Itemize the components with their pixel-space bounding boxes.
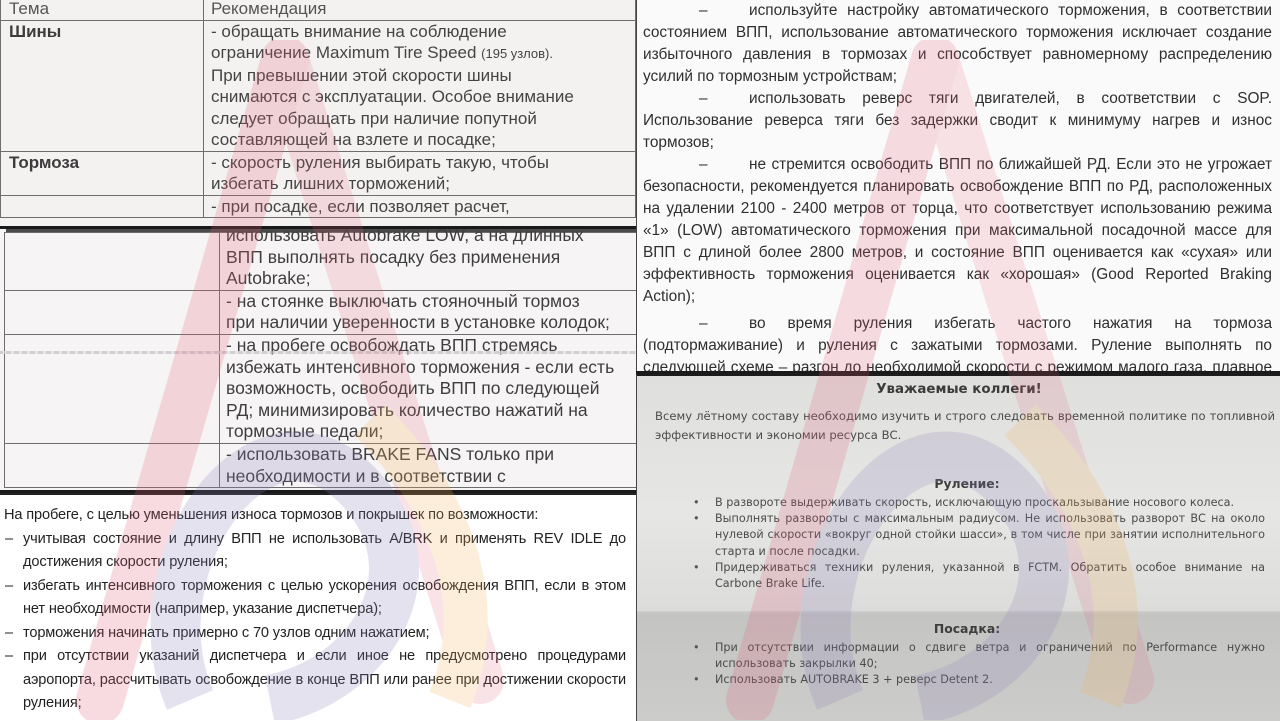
topic-empty [5,443,220,487]
text-fragment: ограничение Maximum Tire Speed [211,43,476,62]
text-line: составляющей на взлете и посадке; [211,129,629,151]
section-heading-landing: Посадка: [645,621,1280,636]
text-line: При превышении этой скорости шины [211,65,629,87]
text-line: - обращать внимание на соблюдение [211,21,629,43]
memo-screen-photo: Уважаемые коллеги! Всему лётному составу… [636,373,1280,721]
topic-tires: Шины [9,22,61,41]
rollout-intro: На пробеге, с целью уменьшения износа то… [4,504,626,528]
landing-list: При отсутствии информации о сдвиге ветра… [693,640,1265,689]
topic-empty [5,290,220,334]
list-item: Придерживаться техники руления, указанно… [693,560,1265,592]
recommendations-table-continued: использовать Autobrake LOW, а на длинных… [4,232,636,488]
text-line: ограничение Maximum Tire Speed (195 узло… [211,42,629,65]
table-row: использовать Autobrake LOW, а на длинных… [5,233,637,291]
recommendation-cell: - обращать внимание на соблюдение ограни… [204,20,636,151]
dash-marker: – [643,154,749,176]
header-topic: Тема [1,0,204,20]
braking-guidance: –используйте настройку автоматического т… [636,0,1280,371]
topic-empty [5,233,220,291]
brake-tire-table-continued: использовать Autobrake LOW, а на длинных… [0,229,636,490]
recommendation-cell: - использовать BRAKE FANS только при нео… [220,443,637,487]
list-item: учитывая состояние и длину ВПП не исполь… [4,528,626,575]
dash-marker: – [643,0,749,22]
text-line: РД; минимизировать количество нажатий на [226,400,636,422]
table-row: - на стоянке выключать стояночный тормоз… [5,290,637,334]
guidance-paragraph: –во время руления избегать частого нажат… [643,313,1272,371]
list-item: торможения начинать примерно с 70 узлов … [4,622,626,646]
text-line: следует обращать при наличие попутной [211,108,629,130]
topic-empty [1,195,204,218]
guidance-paragraph: –использовать реверс тяги двигателей, в … [643,88,1272,154]
section-heading-taxi: Руление: [645,476,1280,491]
scan-artifact [0,351,636,354]
text-line: при наличии уверенности в установке коло… [226,312,636,334]
speed-note: (195 узлов). [481,46,553,61]
recommendation-cell: - скорость руления выбирать такую, чтобы… [204,151,636,195]
table-row: - использовать BRAKE FANS только при нео… [5,443,637,487]
table-row: - при посадке, если позволяет расчет, [1,195,636,218]
list-item: При отсутствии информации о сдвиге ветра… [693,640,1265,672]
list-item: избегать интенсивного торможения с целью… [4,575,626,622]
text-line: использовать Autobrake LOW, а на длинных [226,229,636,247]
guidance-paragraph: –не стремится освободить ВПП по ближайше… [643,154,1272,308]
text-line: избегать лишних торможений; [211,173,629,195]
list-item: В развороте выдерживать скорость, исключ… [693,495,1265,511]
text-line: необходимости и в соответствии с [226,466,636,488]
recommendations-table: Тема Рекомендация Шины - обращать вниман… [0,0,636,218]
brake-tire-table-top: Тема Рекомендация Шины - обращать вниман… [0,0,636,226]
recommendation-cell: - при посадке, если позволяет расчет, [204,195,636,218]
rollout-list: учитывая состояние и длину ВПП не исполь… [4,528,626,716]
list-item: Использовать AUTOBRAKE 3 + реверс Detent… [693,672,1265,688]
memo-intro: Всему лётному составу необходимо изучить… [655,407,1275,445]
text-line: избежать интенсивного торможения - если … [226,357,636,379]
text-line: - при посадке, если позволяет расчет, [211,196,629,218]
text-line: - скорость руления выбирать такую, чтобы [211,152,629,174]
recommendation-cell: - на стоянке выключать стояночный тормоз… [220,290,637,334]
list-item: Выполнять развороты с максимальным радиу… [693,511,1265,560]
text-line: ВПП выполнять посадку без применения [226,247,636,269]
dash-marker: – [643,313,749,335]
list-item: при отсутствии указаний диспетчера и есл… [4,645,626,716]
text-line: - на стоянке выключать стояночный тормоз [226,291,636,313]
text-line: возможность, освободить ВПП по следующей [226,378,636,400]
header-recommendation: Рекомендация [204,0,636,20]
recommendation-cell: использовать Autobrake LOW, а на длинных… [220,233,637,291]
taxi-list: В развороте выдерживать скорость, исключ… [693,495,1265,592]
memo-title: Уважаемые коллеги! [637,382,1280,397]
text-line: - использовать BRAKE FANS только при [226,444,636,466]
table-header-row: Тема Рекомендация [1,0,636,20]
paragraph-text: не стремится освободить ВПП по ближайшей… [643,156,1272,305]
table-row: Тормоза - скорость руления выбирать таку… [1,151,636,195]
text-line: тормозные педали; [226,421,636,443]
table-row: Шины - обращать внимание на соблюдение о… [1,20,636,151]
rollout-note: На пробеге, с целью уменьшения износа то… [0,493,636,721]
topic-brakes: Тормоза [9,153,79,172]
text-line: снимаются с эксплуатации. Особое внимани… [211,86,629,108]
text-line: Autobrake; [226,268,636,290]
dash-marker: – [643,88,749,110]
guidance-paragraph: –используйте настройку автоматического т… [643,0,1272,88]
